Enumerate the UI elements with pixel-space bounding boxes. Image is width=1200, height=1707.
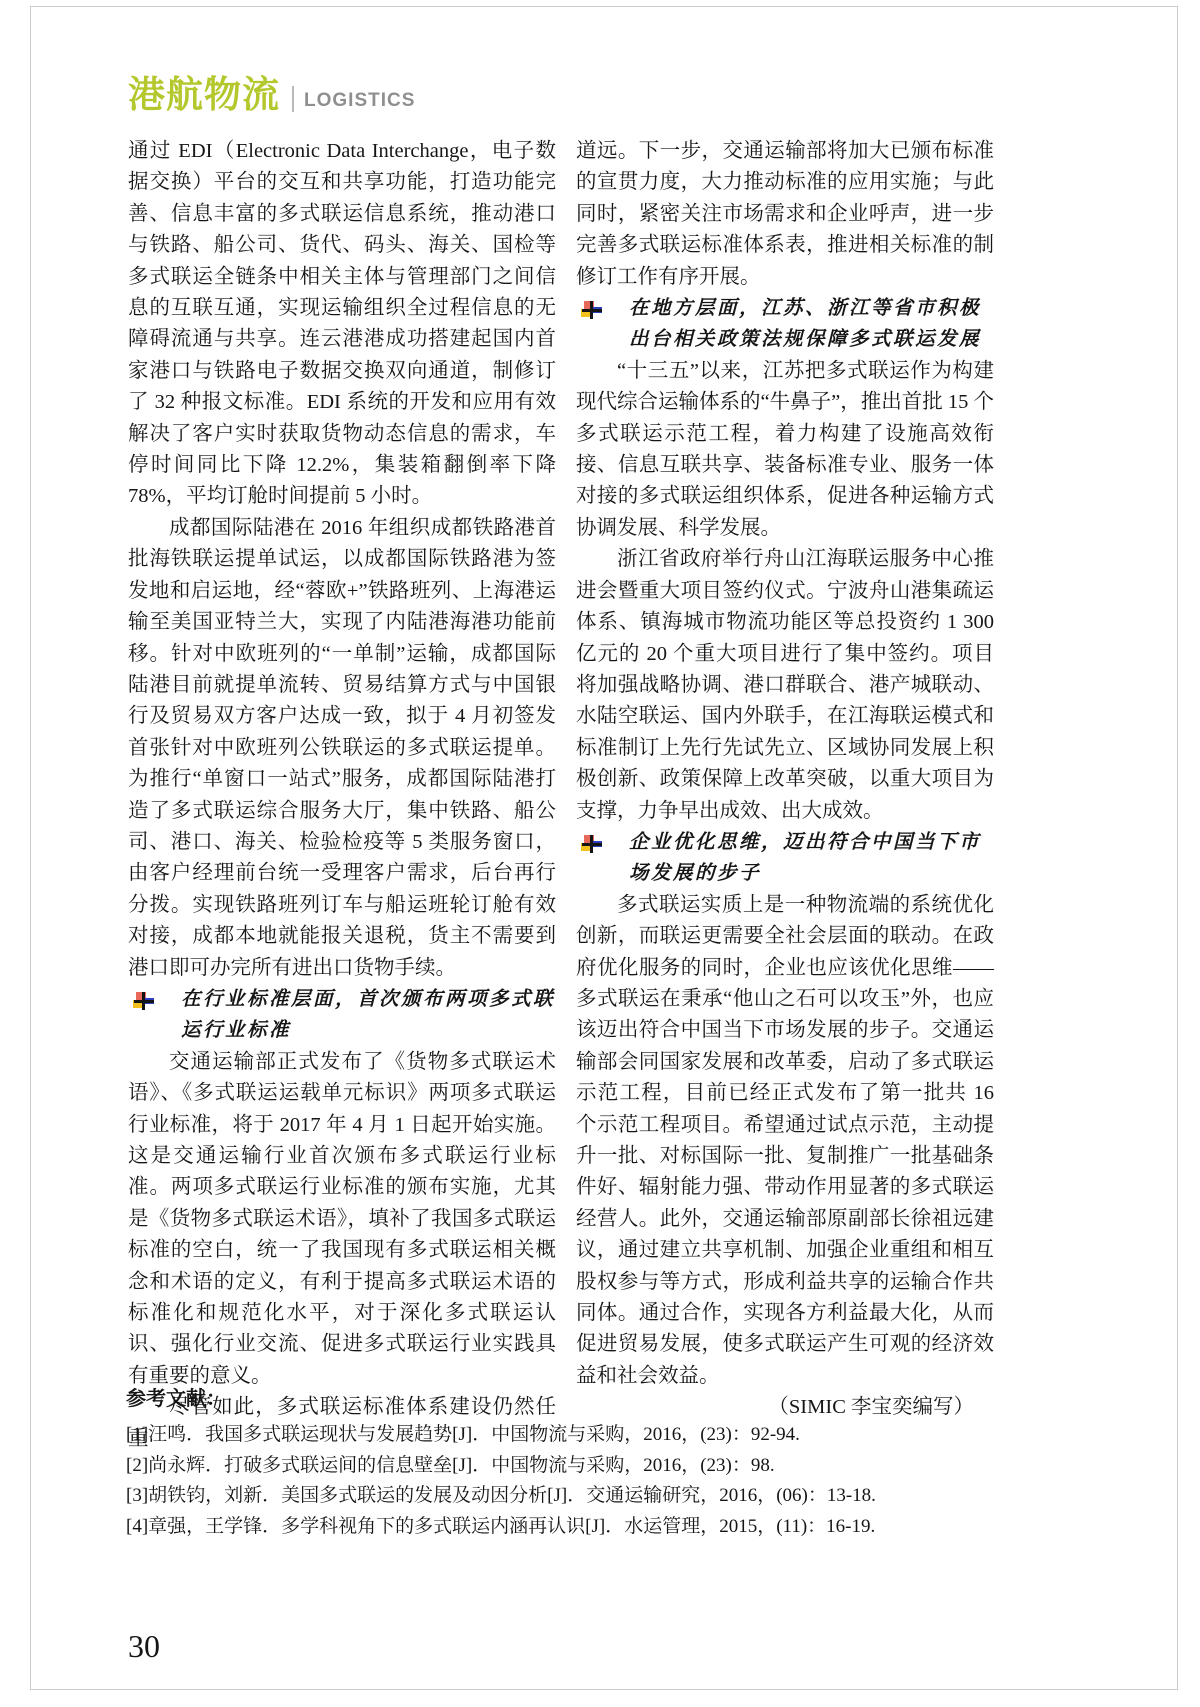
reference-item: [3]胡铁钧，刘新．美国多式联运的发展及动因分析[J]．交通运输研究，2016，… <box>126 1481 994 1512</box>
reference-item: [2]尚永辉．打破多式联运间的信息壁垒[J]．中国物流与采购，2016，(23)… <box>126 1451 994 1482</box>
references-title: 参考文献： <box>126 1384 994 1414</box>
multicolor-cross-bullet-icon <box>581 835 603 853</box>
bullet-heading-text: 企业优化思维，迈出符合中国当下市场发展的步子 <box>629 827 994 890</box>
bullet-heading: 企业优化思维，迈出符合中国当下市场发展的步子 <box>576 827 994 890</box>
left-column: 通过 EDI（Electronic Data Interchange，电子数据交… <box>128 136 556 1455</box>
paragraph: 交通运输部正式发布了《货物多式联运术语》、《多式联运运载单元标识》两项多式联运行… <box>128 1047 556 1392</box>
paragraph: 多式联运实质上是一种物流端的系统优化创新，而联运更需要全社会层面的联动。在政府优… <box>576 890 994 1393</box>
multicolor-cross-bullet-icon <box>581 301 603 319</box>
section-title-en: LOGISTICS <box>304 90 415 112</box>
right-column: 道远。下一步，交通运输部将加大已颁布标准的宣贯力度，大力推动标准的应用实施；与此… <box>576 136 994 1455</box>
article-body: 通过 EDI（Electronic Data Interchange，电子数据交… <box>128 136 994 1455</box>
section-title-cn: 港航物流 <box>128 76 280 115</box>
multicolor-cross-bullet-icon <box>133 992 155 1010</box>
references-section: 参考文献： [1]汪鸣．我国多式联运现状与发展趋势[J]．中国物流与采购，201… <box>126 1384 994 1542</box>
bullet-heading: 在地方层面，江苏、浙江等省市积极出台相关政策法规保障多式联运发展 <box>576 293 994 356</box>
bullet-heading-text: 在地方层面，江苏、浙江等省市积极出台相关政策法规保障多式联运发展 <box>629 293 994 356</box>
reference-item: [4]章强，王学锋．多学科视角下的多式联运内涵再认识[J]．水运管理，2015，… <box>126 1512 994 1543</box>
page-number: 30 <box>128 1628 160 1664</box>
reference-item: [1]汪鸣．我国多式联运现状与发展趋势[J]．中国物流与采购，2016，(23)… <box>126 1420 994 1451</box>
paragraph: “十三五”以来，江苏把多式联运作为构建现代综合运输体系的“牛鼻子”，推出首批 1… <box>576 356 994 544</box>
header-divider <box>292 86 294 112</box>
section-header: 港航物流 LOGISTICS <box>128 76 415 115</box>
bullet-heading: 在行业标准层面，首次颁布两项多式联运行业标准 <box>128 984 556 1047</box>
paragraph: 道远。下一步，交通运输部将加大已颁布标准的宣贯力度，大力推动标准的应用实施；与此… <box>576 136 994 293</box>
paragraph: 通过 EDI（Electronic Data Interchange，电子数据交… <box>128 136 556 513</box>
paragraph: 成都国际陆港在 2016 年组织成都铁路港首批海铁联运提单试运，以成都国际铁路港… <box>128 513 556 984</box>
paragraph: 浙江省政府举行舟山江海联运服务中心推进会暨重大项目签约仪式。宁波舟山港集疏运体系… <box>576 544 994 827</box>
bullet-heading-text: 在行业标准层面，首次颁布两项多式联运行业标准 <box>181 984 556 1047</box>
